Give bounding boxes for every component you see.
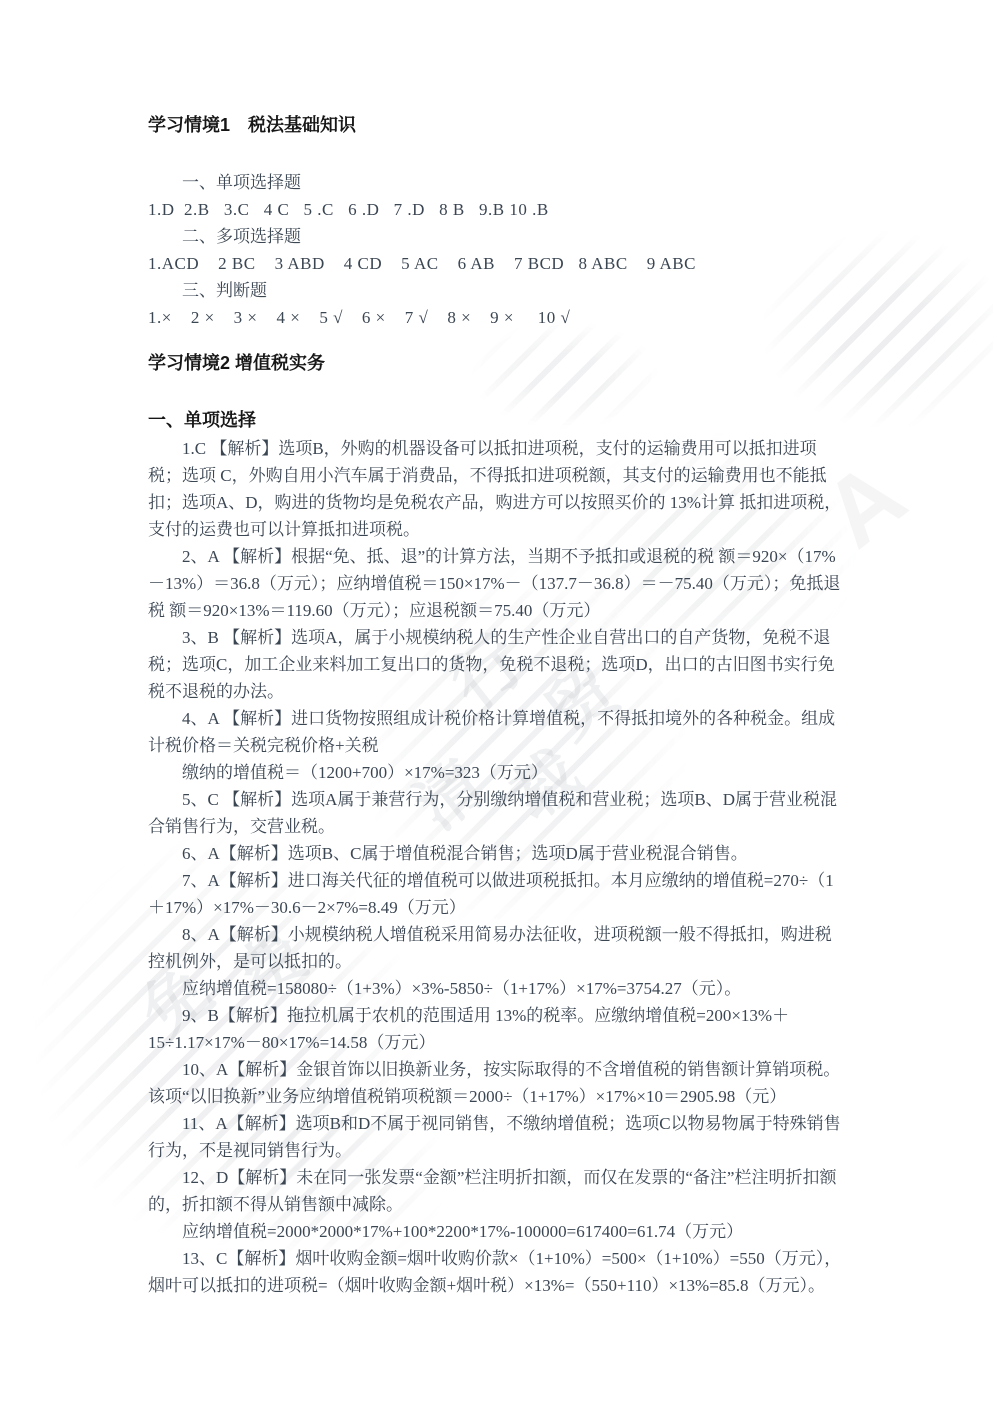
- judgment-answers: 1.× 2 × 3 × 4 × 5 √ 6 × 7 √ 8 × 9 × 10 √: [148, 304, 848, 331]
- explanations: 1.C 【解析】选项B，外购的机器设备可以抵扣进项税，支付的运输费用可以抵扣进项…: [148, 435, 848, 1299]
- document-content: 学习情境1 税法基础知识 一、单项选择题 1.D 2.B 3.C 4 C 5 .…: [148, 112, 848, 1299]
- section2-heading: 学习情境2 增值税实务: [148, 350, 848, 376]
- multi-choice-answers: 1.ACD 2 BC 3 ABD 4 CD 5 AC 6 AB 7 BCD 8 …: [148, 250, 848, 277]
- section1-heading: 学习情境1 税法基础知识: [148, 112, 848, 138]
- explanation-paragraph: 11、A【解析】选项B和D不属于视同销售，不缴纳增值税；选项C以物易物属于特殊销…: [148, 1110, 848, 1164]
- explanation-paragraph: 1.C 【解析】选项B，外购的机器设备可以抵扣进项税，支付的运输费用可以抵扣进项…: [148, 435, 848, 543]
- single-choice-answers: 1.D 2.B 3.C 4 C 5 .C 6 .D 7 .D 8 B 9.B 1…: [148, 196, 848, 223]
- section2-subheading: 一、单项选择: [148, 407, 848, 433]
- single-choice-label: 一、单项选择题: [148, 169, 848, 196]
- explanation-paragraph: 缴纳的增值税＝（1200+700）×17%=323（万元）: [148, 759, 848, 786]
- judgment-label: 三、判断题: [148, 277, 848, 304]
- explanation-paragraph: 2、A 【解析】根据“免、抵、退”的计算方法，当期不予抵扣或退税的税 额＝920…: [148, 543, 848, 624]
- explanation-paragraph: 7、A【解析】进口海关代征的增值税可以做进项税抵扣。本月应缴纳的增值税=270÷…: [148, 867, 848, 921]
- explanation-paragraph: 8、A【解析】小规模纳税人增值税采用简易办法征收，进项税额一般不得抵扣，购进税控…: [148, 921, 848, 975]
- explanation-paragraph: 12、D【解析】未在同一张发票“金额”栏注明折扣额，而仅在发票的“备注”栏注明折…: [148, 1164, 848, 1218]
- section1-answers-block: 一、单项选择题 1.D 2.B 3.C 4 C 5 .C 6 .D 7 .D 8…: [148, 169, 848, 331]
- explanation-paragraph: 4、A 【解析】进口货物按照组成计税价格计算增值税，不得抵扣境外的各种税金。组成…: [148, 705, 848, 759]
- explanation-paragraph: 6、A【解析】选项B、C属于增值税混合销售；选项D属于营业税混合销售。: [148, 840, 848, 867]
- explanation-paragraph: 3、B 【解析】选项A，属于小规模纳税人的生产性企业自营出口的自产货物，免税不退…: [148, 624, 848, 705]
- explanation-paragraph: 应纳增值税=158080÷（1+3%）×3%-5850÷（1+17%）×17%=…: [148, 975, 848, 1002]
- explanation-paragraph: 13、C【解析】烟叶收购金额=烟叶收购价款×（1+10%）=500×（1+10%…: [148, 1245, 848, 1299]
- explanation-paragraph: 应纳增值税=2000*2000*17%+100*2200*17%-100000=…: [148, 1218, 848, 1245]
- document-page: { "section1": { "heading": "学习情境1 税法基础知识…: [0, 0, 993, 1404]
- explanation-paragraph: 9、B【解析】拖拉机属于农机的范围适用 13%的税率。应缴纳增值税=200×13…: [148, 1002, 848, 1056]
- multi-choice-label: 二、多项选择题: [148, 223, 848, 250]
- explanation-paragraph: 10、A【解析】金银首饰以旧换新业务，按实际取得的不含增值税的销售额计算销项税。…: [148, 1056, 848, 1110]
- explanation-paragraph: 5、C 【解析】选项A属于兼营行为，分别缴纳增值税和营业税；选项B、D属于营业税…: [148, 786, 848, 840]
